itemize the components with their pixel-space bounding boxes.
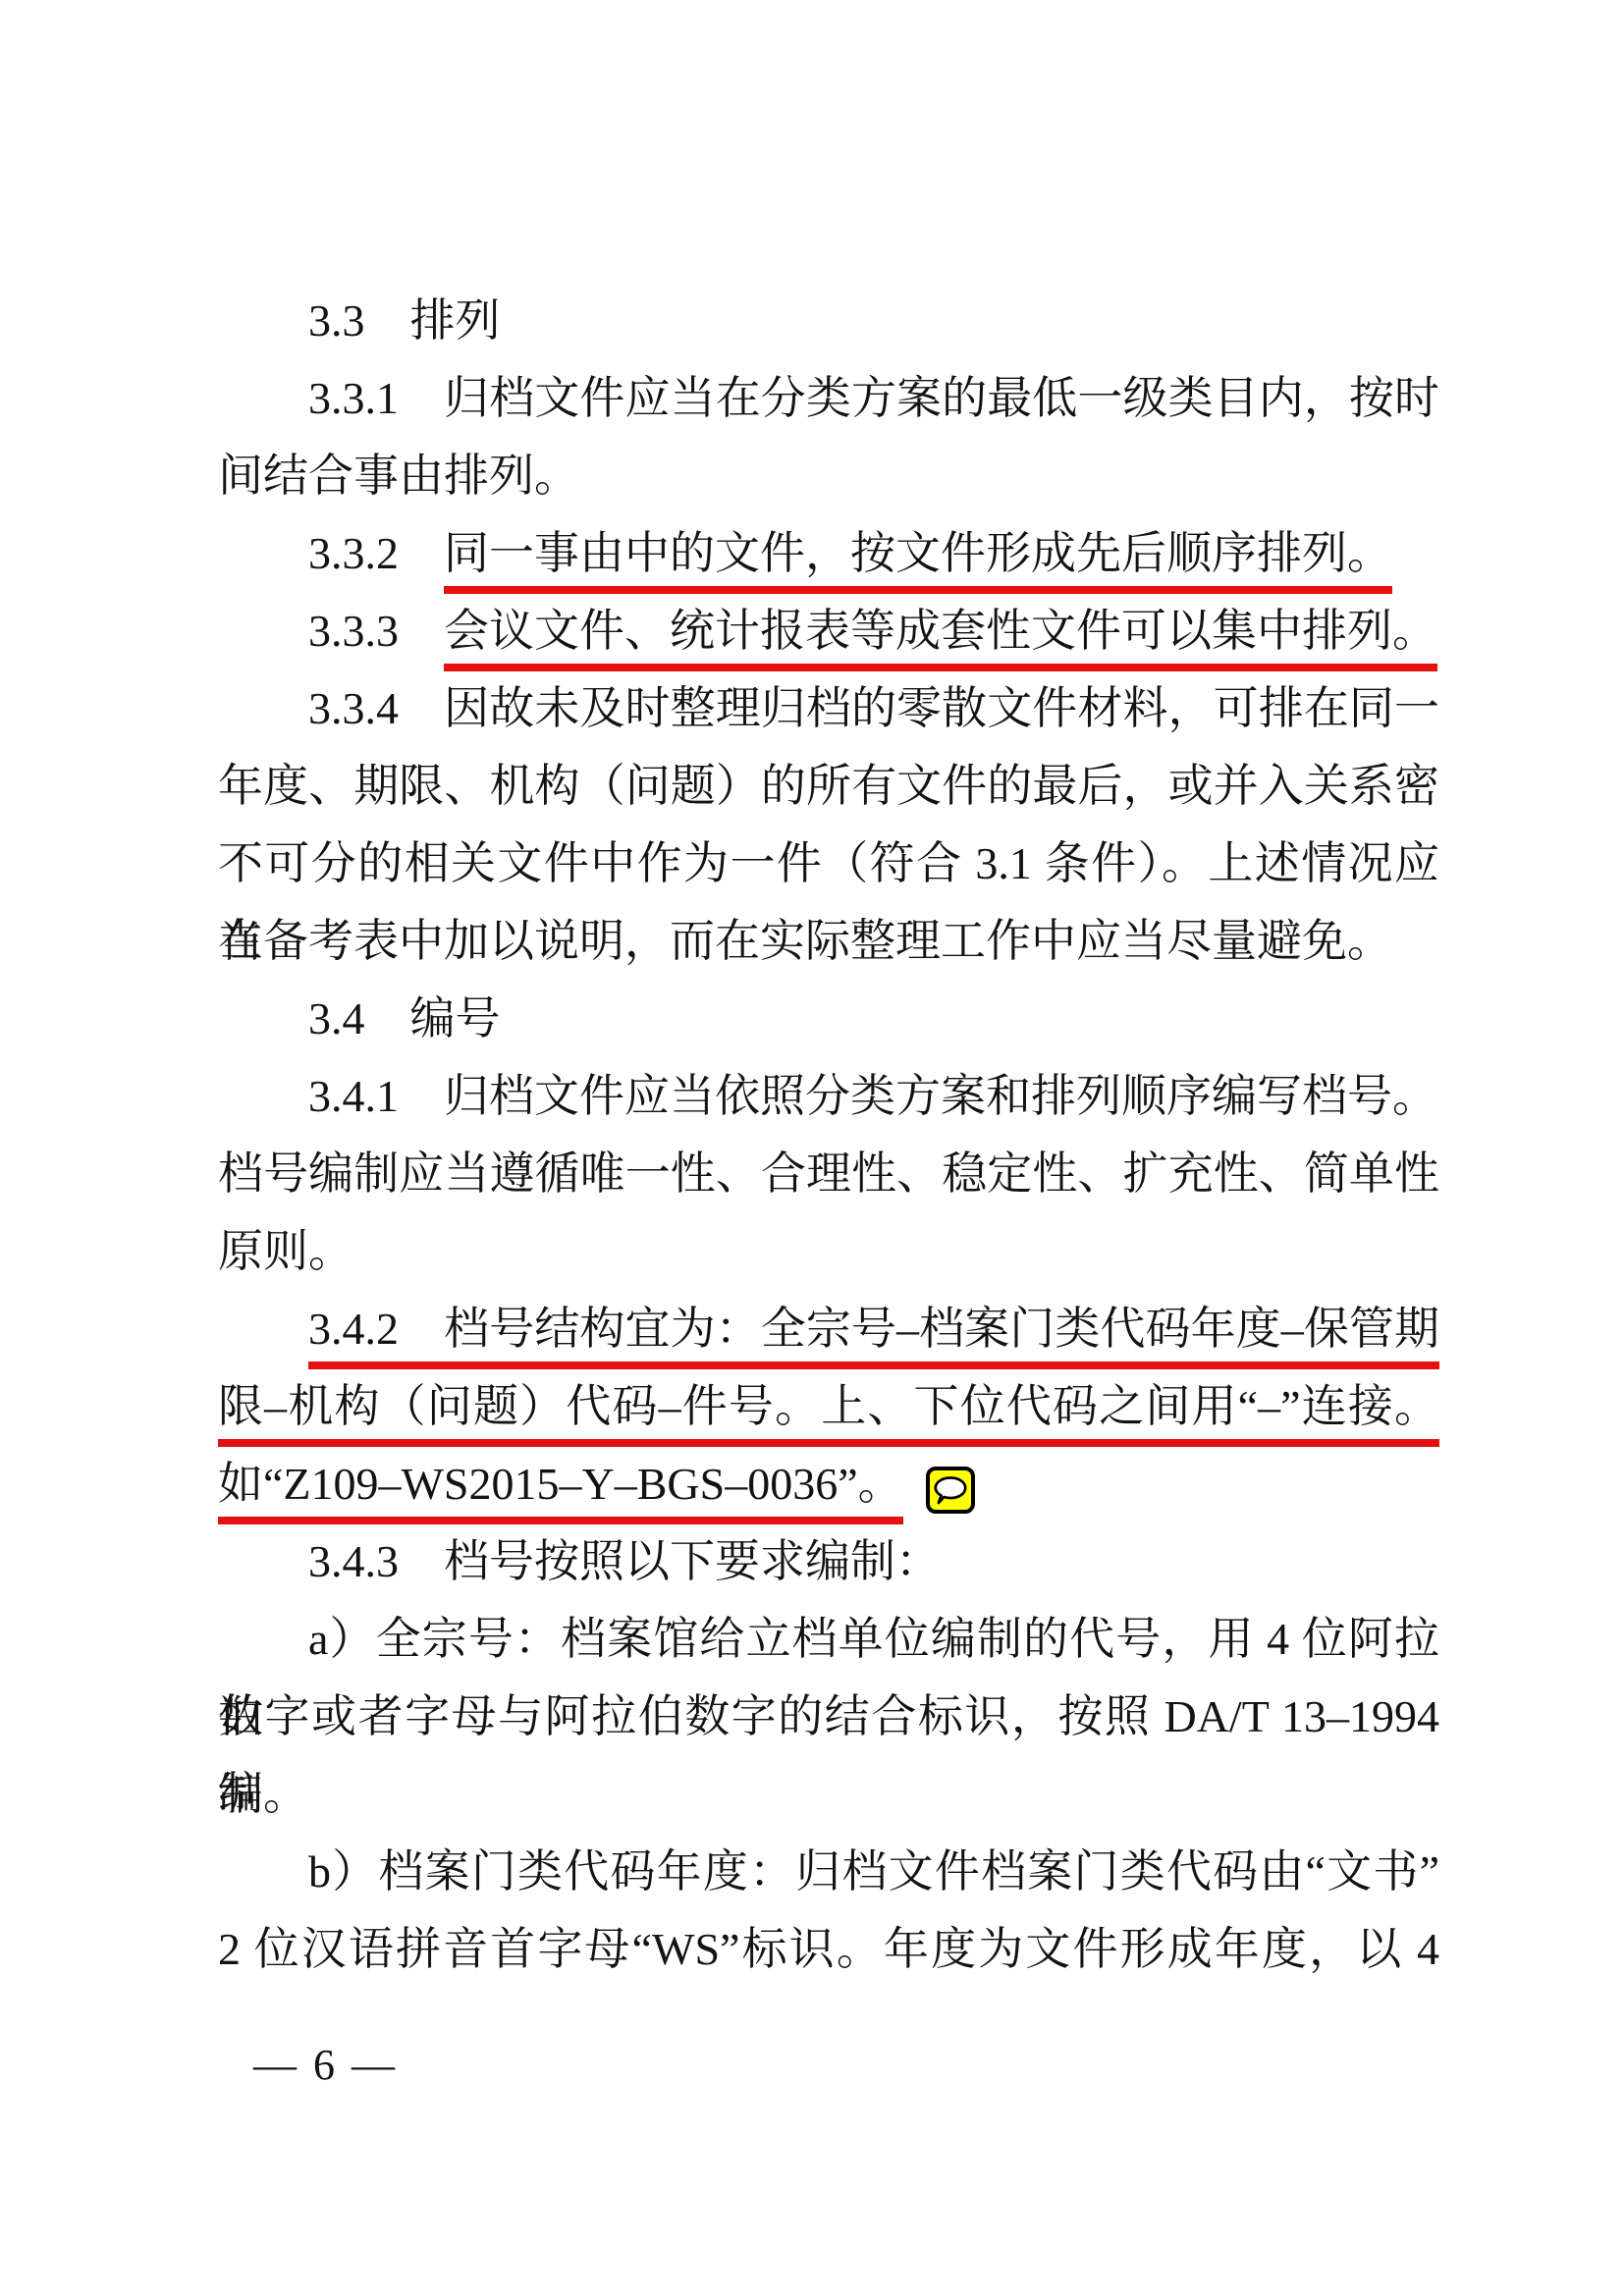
text-segment: 3.3 排列 [308, 295, 501, 346]
text-line: 档号编制应当遵循唯一性、合理性、稳定性、扩充性、简单性 [218, 1135, 1439, 1212]
underlined-text: 同一事由中的文件，按文件形成先后顺序排列。 [444, 528, 1392, 594]
text-line: 3.3.4 因故未及时整理归档的零散文件材料，可排在同一 [218, 669, 1439, 747]
text-segment: 3.4.1 归档文件应当依照分类方案和排列顺序编写档号。 [308, 1071, 1437, 1121]
text-line: 制。 [218, 1755, 1439, 1833]
text-line: 如“Z109–WS2015–Y–BGS–0036”。 [218, 1445, 1439, 1522]
text-segment: 3.3.4 因故未及时整理归档的零散文件材料，可排在同一 [308, 683, 1439, 733]
text-segment: 在备考表中加以说明，而在实际整理工作中应当尽量避免。 [218, 916, 1392, 966]
text-line: 2 位汉语拼音首字母“WS”标识。年度为文件形成年度，以 4 [218, 1910, 1439, 1988]
text-line: 原则。 [218, 1212, 1439, 1290]
text-line: 3.3.1 归档文件应当在分类方案的最低一级类目内，按时 [218, 359, 1439, 437]
text-line: 3.3.2 同一事由中的文件，按文件形成先后顺序排列。 [218, 514, 1439, 592]
text-line: 3.4.3 档号按照以下要求编制： [218, 1522, 1439, 1600]
underlined-text: 如“Z109–WS2015–Y–BGS–0036”。 [218, 1459, 903, 1524]
text-segment: 年度、期限、机构（问题）的所有文件的最后，或并入关系密 [218, 761, 1439, 811]
text-segment: 2 位汉语拼音首字母“WS”标识。年度为文件形成年度，以 4 [218, 1924, 1439, 1974]
text-segment: 3.4 编号 [308, 993, 501, 1043]
text-segment: 档号编制应当遵循唯一性、合理性、稳定性、扩充性、简单性 [218, 1148, 1439, 1199]
text-segment: 制。 [218, 1769, 308, 1819]
text-segment: 3.3.2 [308, 528, 444, 578]
document-body: 3.3 排列3.3.1 归档文件应当在分类方案的最低一级类目内，按时间结合事由排… [218, 282, 1439, 1988]
text-line: 间结合事由排列。 [218, 437, 1439, 514]
text-segment: 原则。 [218, 1226, 353, 1276]
underlined-text: 3.4.2 档号结构宜为：全宗号–档案门类代码年度–保管期 [308, 1304, 1439, 1369]
text-line: 3.3.3 会议文件、统计报表等成套性文件可以集中排列。 [218, 592, 1439, 669]
text-line: 年度、期限、机构（问题）的所有文件的最后，或并入关系密 [218, 747, 1439, 825]
underlined-text: 会议文件、统计报表等成套性文件可以集中排列。 [444, 606, 1437, 671]
text-line: 3.4.2 档号结构宜为：全宗号–档案门类代码年度–保管期 [218, 1290, 1439, 1367]
speech-bubble-glyph [932, 1473, 969, 1507]
text-segment: 3.3.3 [308, 606, 444, 656]
text-line: 在备考表中加以说明，而在实际整理工作中应当尽量避免。 [218, 902, 1439, 980]
text-line: a）全宗号：档案馆给立档单位编制的代号，用 4 位阿拉伯 [218, 1600, 1439, 1678]
text-line: 限–机构（问题）代码–件号。上、下位代码之间用“–”连接。 [218, 1367, 1439, 1445]
text-line: 3.4 编号 [218, 980, 1439, 1057]
page-number: — 6 — [253, 2040, 398, 2090]
comment-icon[interactable] [926, 1467, 975, 1514]
text-line: b）档案门类代码年度：归档文件档案门类代码由“文书” [218, 1833, 1439, 1910]
text-line: 数字或者字母与阿拉伯数字的结合标识，按照 DA/T 13–1994 编 [218, 1678, 1439, 1755]
text-line: 3.3 排列 [218, 282, 1439, 359]
text-segment: 3.4.3 档号按照以下要求编制： [308, 1536, 941, 1586]
document-page: 3.3 排列3.3.1 归档文件应当在分类方案的最低一级类目内，按时间结合事由排… [0, 0, 1624, 2296]
text-line: 3.4.1 归档文件应当依照分类方案和排列顺序编写档号。 [218, 1057, 1439, 1135]
text-line: 不可分的相关文件中作为一件（符合 3.1 条件）。上述情况应当 [218, 825, 1439, 902]
text-segment: b）档案门类代码年度：归档文件档案门类代码由“文书” [308, 1846, 1439, 1896]
text-segment: 3.3.1 归档文件应当在分类方案的最低一级类目内，按时 [308, 373, 1439, 423]
text-segment: 间结合事由排列。 [218, 451, 579, 501]
underlined-text: 限–机构（问题）代码–件号。上、下位代码之间用“–”连接。 [218, 1381, 1439, 1447]
